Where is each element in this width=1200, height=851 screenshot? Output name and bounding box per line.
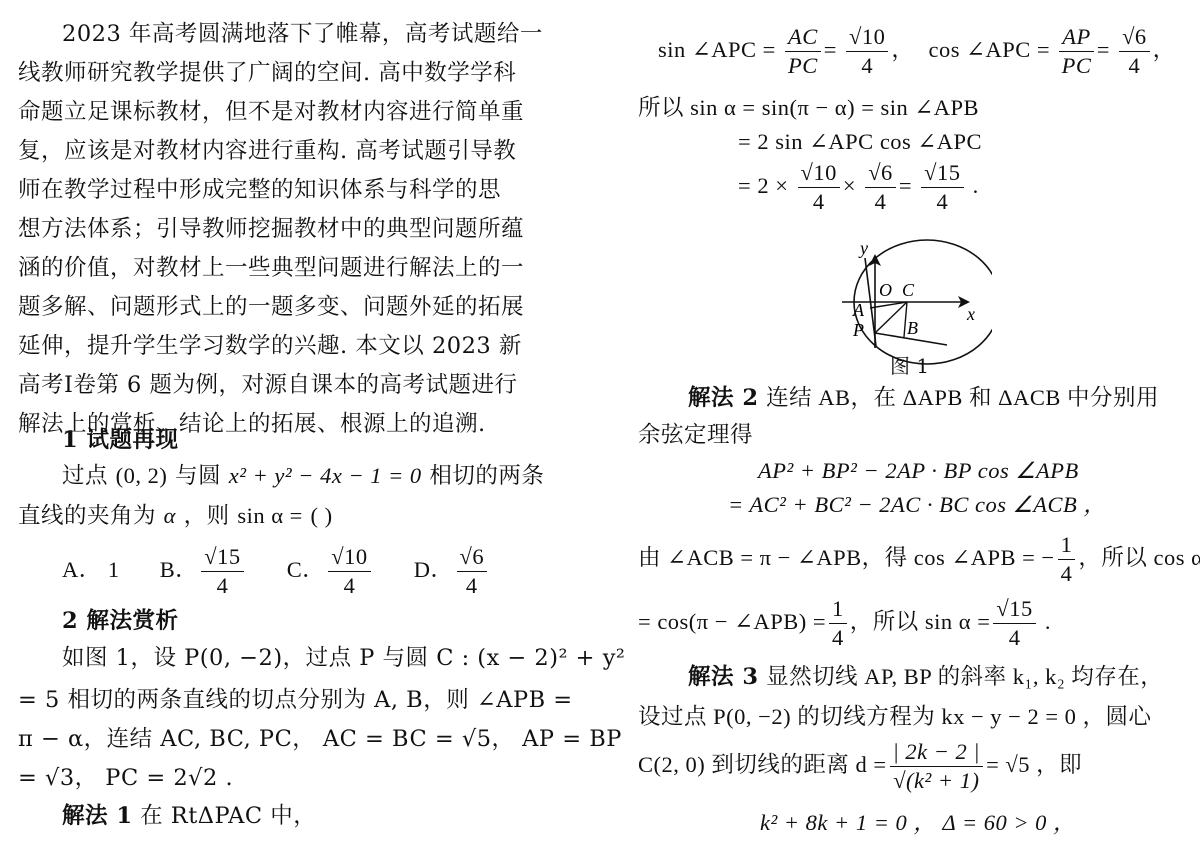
equation-line: = cos(π − ∠APB) =14，所以 sin α =√154 .: [638, 592, 1051, 652]
text: 连结 AB，在 ΔAPB 和 ΔACB 中分别用: [766, 385, 1159, 410]
text-line: 设过点 P(0, −2) 的切线方程为 kx − y − 2 = 0 ，圆心: [638, 702, 1152, 732]
method-1-intro: 解法 1 在 RtΔPAC 中，: [62, 801, 316, 831]
text: 与圆: [175, 463, 221, 489]
text: 在 RtΔPAC 中，: [140, 803, 316, 829]
intro-line: 想方法体系；引导教师挖掘教材中的典型问题所蕴: [18, 214, 524, 244]
math-point: (0, 2): [116, 463, 168, 488]
svg-text:B: B: [907, 318, 918, 338]
equation-line: 所以 sin α = sin(π − α) = sin ∠APB: [638, 93, 979, 123]
text: 相切的两条: [429, 463, 544, 489]
section-heading: 2 解法赏析: [62, 606, 179, 636]
section-heading: 1 试题再现: [62, 425, 179, 455]
setup-line: = 5 相切的两条直线的切点分别为 A, B，则 ∠APB =: [18, 685, 573, 715]
answer-blank: ( ): [310, 503, 332, 528]
method-3-intro: 解法 3 显然切线 AP, BP 的斜率 k₁, k₂ 均存在，: [688, 662, 1163, 692]
intro-line: 线教师研究教学提供了广阔的空间. 高中数学学科: [18, 58, 516, 88]
problem-line-2: 直线的夹角为 α ，则 sin α = ( ): [18, 501, 333, 531]
svg-text:P: P: [852, 320, 864, 340]
equation-line: k² + 8k + 1 = 0 ， Δ = 60 > 0 ，: [760, 808, 1076, 838]
equation-line: 由 ∠ACB = π − ∠APB，得 cos ∠APB = −14，所以 co…: [638, 528, 1200, 588]
equation-line: C(2, 0) 到切线的距离 d =| 2k − 2 |√(k² + 1)= √…: [638, 735, 1082, 795]
intro-line: 2023 年高考圆满地落下了帷幕，高考试题给一: [62, 19, 543, 49]
svg-text:y: y: [858, 238, 868, 258]
law-of-cosines-line: = AC² + BC² − 2AC · BC cos ∠ACB ，: [728, 490, 1106, 520]
text: 直线的夹角为: [18, 503, 156, 529]
intro-line: 题多解、问题形式上的一题多变、问题外延的拓展: [18, 292, 524, 322]
svg-text:O: O: [879, 280, 892, 300]
svg-text:C: C: [902, 280, 915, 300]
law-of-cosines-line: AP² + BP² − 2AP · BP cos ∠APB: [758, 456, 1079, 486]
method-2-intro: 解法 2 连结 AB，在 ΔAPB 和 ΔACB 中分别用: [688, 383, 1159, 413]
method-label: 解法 1: [62, 803, 133, 829]
intro-line: 延伸，提升学生学习数学的兴趣. 本文以 2023 新: [18, 331, 522, 361]
option-d: D．√64: [414, 557, 490, 582]
text: 显然切线 AP, BP 的斜率 k₁, k₂ 均存在，: [766, 664, 1163, 689]
option-c: C．√104: [287, 557, 374, 582]
method-label: 解法 2: [688, 385, 759, 411]
intro-line: 高考Ⅰ卷第 6 题为例，对源自课本的高考试题进行: [18, 370, 518, 400]
setup-line: = √3， PC = 2√2 .: [18, 763, 233, 793]
equation-line: = 2 sin ∠APC cos ∠APC: [738, 127, 982, 157]
equation-line: = 2 × √104× √64= √154 .: [738, 156, 979, 216]
text: 过点: [62, 463, 108, 489]
option-b: B．√154: [160, 557, 247, 582]
method-label: 解法 3: [688, 664, 759, 690]
svg-text:x: x: [966, 304, 975, 324]
math-alpha: α: [164, 503, 176, 528]
answer-options: A． 1 B．√154 C．√104 D．√64: [62, 540, 490, 600]
option-a: A． 1: [62, 557, 120, 582]
setup-line: 如图 1，设 P(0, −2)，过点 P 与圆 C : (x − 2)² + y…: [62, 643, 625, 673]
equation-sin-cos-apc: sin ∠APC = ACPC= √104， cos ∠APC = APPC= …: [658, 20, 1176, 80]
setup-line: π − α，连结 AC, BC, PC， AC = BC = √5， AP = …: [18, 724, 622, 754]
svg-text:A: A: [852, 300, 865, 320]
figure-caption: 图 1: [890, 350, 929, 379]
intro-line: 师在教学过程中形成完整的知识体系与科学的思: [18, 175, 501, 205]
math-sin-alpha: sin α =: [237, 503, 303, 528]
text: ，则: [184, 503, 230, 529]
text-line: 余弦定理得: [638, 420, 753, 450]
intro-line: 涵的价值，对教材上一些典型问题进行解法上的一: [18, 253, 524, 283]
intro-line: 复，应该是对教材内容进行重构. 高考试题引导教: [18, 136, 516, 166]
problem-line-1: 过点 (0, 2) 与圆 x² + y² − 4x − 1 = 0 相切的两条: [62, 461, 544, 491]
math-circle-equation: x² + y² − 4x − 1 = 0: [229, 463, 422, 488]
intro-line: 命题立足课标教材，但不是对教材内容进行简单重: [18, 97, 524, 127]
